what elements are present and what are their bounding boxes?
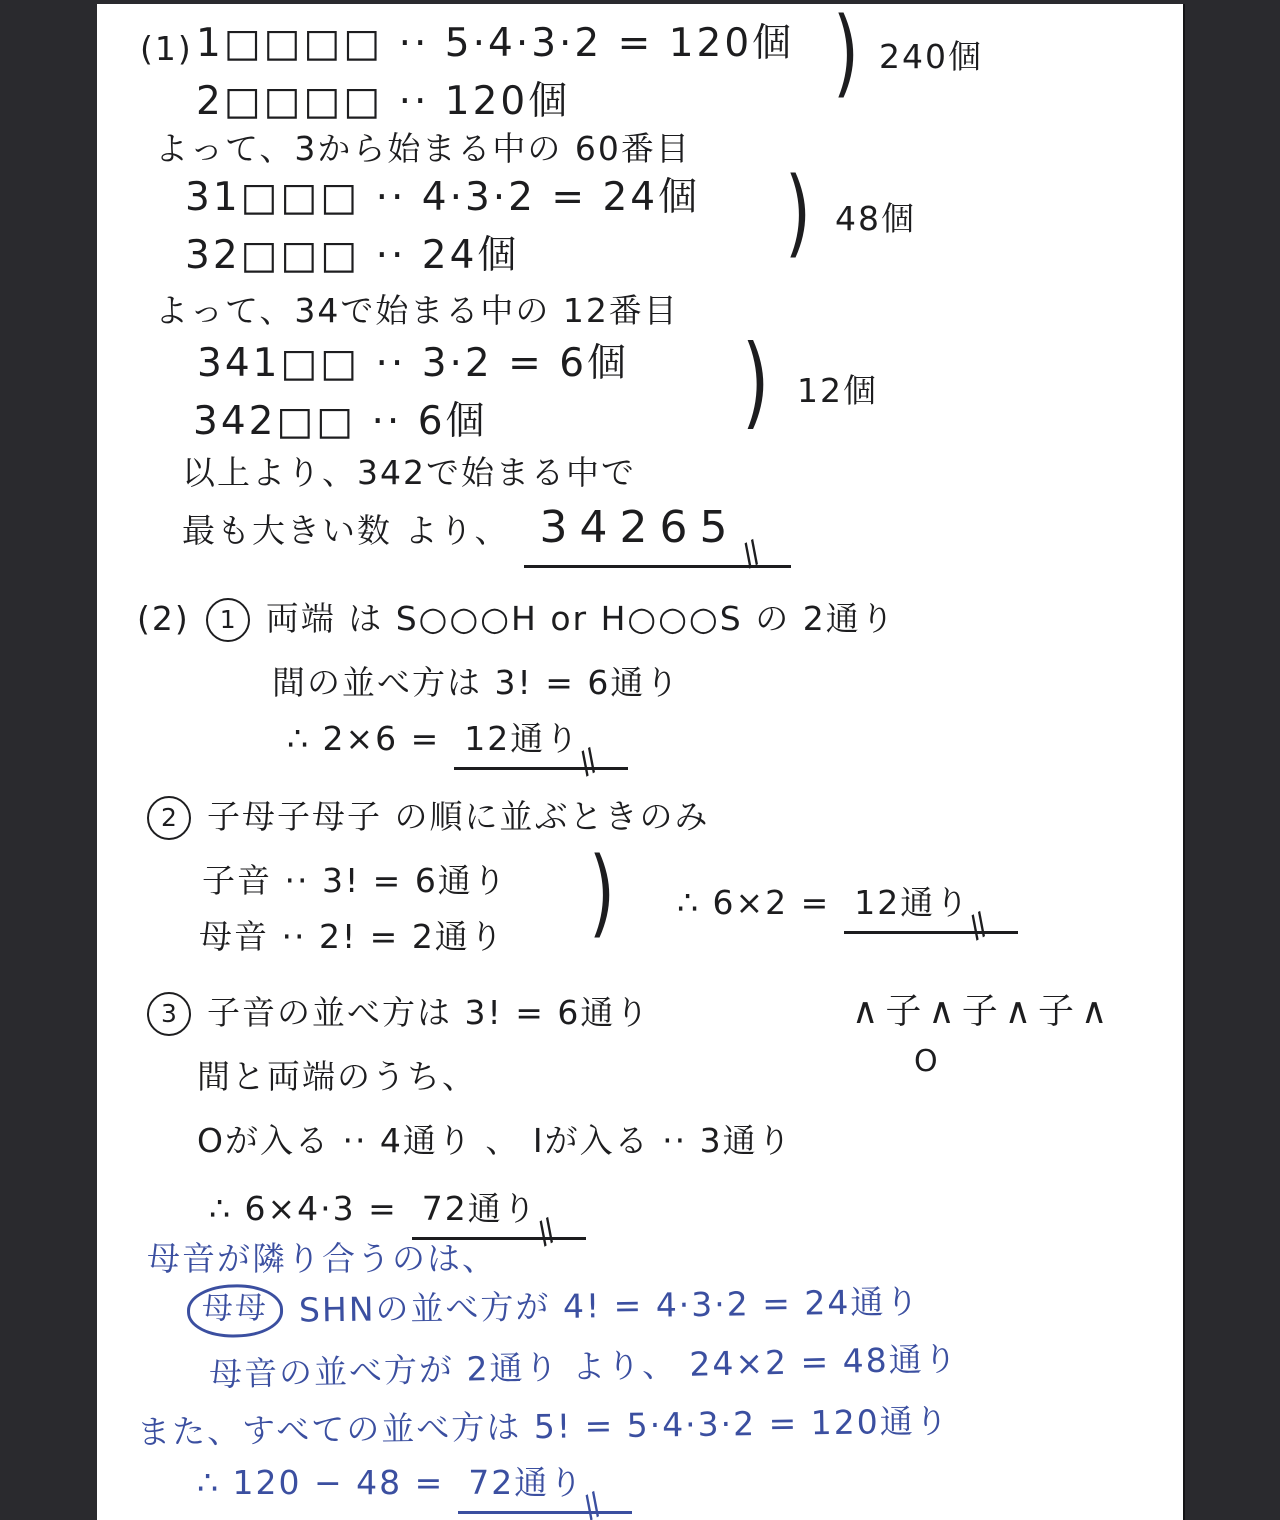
circled-number-2: 2 (147, 796, 191, 840)
part2-item2-vowels: 母音 ·· 2! = 2通り (199, 916, 505, 957)
conclusion-text: 最も大きい数 より、 (182, 511, 510, 550)
part2-item3-line2: 間と両端のうち、 (197, 1056, 477, 1097)
part2-item1-line1: 両端 は S○○○H or H○○○S の 2通り (266, 598, 896, 639)
blue-note-result: ∴ 120 − 48 =72通り// (197, 1460, 598, 1514)
part1-subtotal-48: 48個 (835, 198, 916, 239)
part1-conclusion-1: 以上より、342で始まる中で (182, 452, 636, 493)
part1-note-60th: よって、3から始まる中の 60番目 (155, 128, 691, 169)
brace-icon: ) (785, 166, 811, 261)
brace-icon: ) (589, 846, 615, 941)
part1-row-32xxx: 32□□□ ·· 24個 (185, 232, 519, 281)
result-answer: 72通り (458, 1460, 632, 1514)
part1-row-2xxxx: 2□□□□ ·· 120個 (196, 78, 570, 127)
part2-item1-result: ∴ 2×6 =12通り// (287, 716, 595, 770)
result-answer: 72通り (412, 1186, 586, 1240)
circled-number-1: 1 (206, 598, 250, 642)
result-prefix: ∴ 6×2 = (677, 883, 830, 922)
part2-item3-result: ∴ 6×4·3 =72通り// (209, 1186, 552, 1240)
vowel-pair-badge: 母母 (187, 1284, 284, 1338)
brace-icon: ) (742, 332, 769, 432)
part2-item2-header: 2 子母子母子 の順に並ぶときのみ (147, 796, 710, 840)
part2-item2-consonants: 子音 ·· 3! = 6通り (202, 860, 508, 901)
gap-diagram: ∧子∧子∧子∧ O (852, 989, 1114, 1034)
result-answer: 12通り (844, 880, 1018, 934)
part1-row-31xxx: 31□□□ ·· 4·3·2 = 24個 (185, 174, 700, 223)
part1-subtotal-12: 12個 (797, 370, 878, 411)
part2-item2-result: ∴ 6×2 =12通り// (677, 880, 985, 934)
part2-item1-header: (2) 1 両端 は S○○○H or H○○○S の 2通り (137, 598, 896, 642)
part2-label: (2) (137, 598, 190, 639)
blue-note-line1: 母音が隣り合うのは、 (147, 1238, 497, 1279)
blue-note-line2: 母母 SHNの並べ方が 4! = 4·3·2 = 24通り (187, 1275, 921, 1338)
brace-icon: ) (833, 6, 859, 101)
part2-item1-line2: 間の並べ方は 3! = 6通り (272, 662, 680, 703)
part1-note-12th: よって、34で始まる中の 12番目 (155, 290, 679, 331)
part2-item2-line1: 子母子母子 の順に並ぶときのみ (207, 796, 710, 837)
gap-sequence: ∧子∧子∧子∧ (852, 991, 1114, 1032)
part1-label: (1) (140, 28, 193, 69)
result-prefix: ∴ 2×6 = (287, 719, 440, 758)
gap-o-label: O (914, 1043, 938, 1081)
part2-item3-header: 3 子音の並べ方は 3! = 6通り (147, 992, 650, 1036)
part1-subtotal-240: 240個 (879, 36, 983, 77)
result-prefix: ∴ 120 − 48 = (197, 1463, 444, 1502)
part2-item3-line1: 子音の並べ方は 3! = 6通り (207, 992, 650, 1033)
part1-row-1xxxx: 1□□□□ ·· 5·4·3·2 = 120個 (196, 20, 794, 69)
part1-row-341xx: 341□□ ·· 3·2 = 6個 (197, 340, 629, 389)
part1-conclusion-2: 最も大きい数 より、34265// (182, 500, 758, 568)
result-prefix: ∴ 6×4·3 = (209, 1189, 398, 1228)
notebook-paper: (1) 1□□□□ ·· 5·4·3·2 = 120個 2□□□□ ·· 120… (97, 4, 1185, 1520)
part2-item3-line3: Oが入る ·· 4通り 、 Iが入る ·· 3通り (197, 1120, 793, 1161)
circled-number-3: 3 (147, 992, 191, 1036)
blue-note-line3: 母音の並べ方が 2通り より、 24×2 = 48通り (209, 1338, 959, 1395)
blue-note-line2-text: SHNの並べ方が 4! = 4·3·2 = 24通り (299, 1275, 921, 1331)
result-answer: 12通り (454, 716, 628, 770)
blue-note-line4: また、すべての並べ方は 5! = 5·4·3·2 = 120通り (137, 1400, 950, 1453)
screenshot-root: { "colors": { "frame": "#2a2a2e", "paper… (0, 0, 1280, 1520)
part1-row-342xx: 342□□ ·· 6個 (193, 398, 488, 447)
